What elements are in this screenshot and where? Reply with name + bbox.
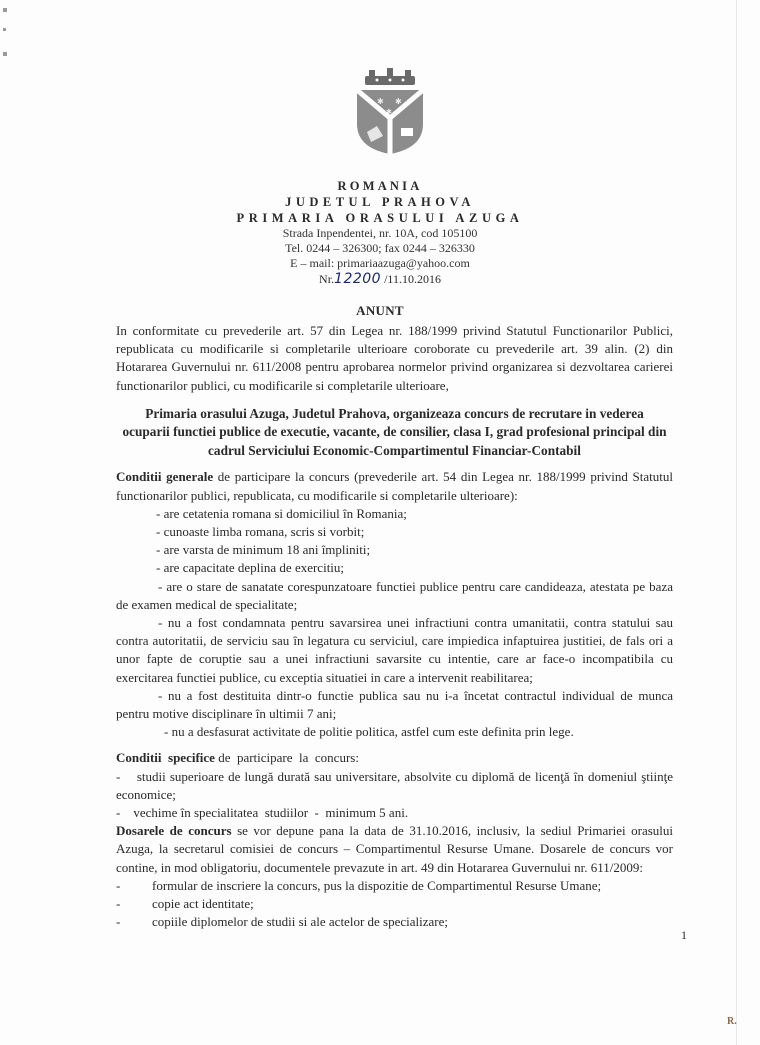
general-conditions-heading: Conditii generale [116,469,213,484]
scan-mark [3,28,6,31]
letterhead-institution: PRIMARIA ORASULUI AZUGA [0,210,760,226]
general-condition-item: - nu a fost destituita dintr-o functie p… [116,687,673,723]
dossier-item: - formular de inscriere la concurs, pus … [116,877,673,895]
dossier-item-text: copiile diplomelor de studii si ale acte… [152,913,448,931]
dossier-item-text: formular de inscriere la concurs, pus la… [152,877,601,895]
general-conditions-lead: Conditii generale de participare la conc… [116,468,673,504]
svg-text:✱: ✱ [386,108,392,116]
letterhead: ROMANIA JUDETUL PRAHOVA PRIMARIA ORASULU… [0,178,760,287]
letterhead-phone-fax: Tel. 0244 – 326300; fax 0244 – 326330 [0,241,760,256]
general-condition-item: - nu a desfasurat activitate de politie … [116,723,673,741]
scan-mark [3,52,7,56]
letterhead-country: ROMANIA [0,178,760,194]
dash: - [116,877,152,895]
dossier-item-text: copie act identitate; [152,895,254,913]
dossier-item: - copiile diplomelor de studii si ale ac… [116,913,673,931]
registration-prefix: Nr. [319,272,334,286]
document-title: ANUNT [0,303,760,319]
handwritten-reg-number: 12200 [334,271,381,287]
svg-text:✱: ✱ [395,97,402,106]
dash: - [116,913,152,931]
svg-text:✱: ✱ [377,97,384,106]
specific-condition-item: - vechime în specialitatea studiilor - m… [116,804,673,822]
specific-conditions-text: de participare la concurs: [215,750,359,765]
document-body: In conformitate cu prevederile art. 57 d… [116,322,673,931]
intro-paragraph: In conformitate cu prevederile art. 57 d… [116,322,673,395]
specific-conditions-heading: Conditii specifice [116,750,215,765]
coat-of-arms-icon: ✱✱✱ [349,66,431,156]
dossier-heading: Dosarele de concurs [116,823,232,838]
general-condition-item: - nu a fost condamnata pentru savarsirea… [116,614,673,687]
letterhead-email: E – mail: primariaazuga@yahoo.com [0,256,760,271]
specific-conditions-lead: Conditii specifice de participare la con… [116,749,673,767]
announcement-paragraph: Primaria orasului Azuga, Judetul Prahova… [116,405,673,461]
scan-mark [3,8,7,12]
specific-condition-item: - studii superioare de lungă durată sau … [116,768,673,804]
page-number: 1 [681,928,687,943]
dossier-item: - copie act identitate; [116,895,673,913]
general-condition-item: - are capacitate deplina de exercitiu; [116,559,673,577]
handwritten-initials: R. [727,1016,737,1027]
scan-edge [736,0,737,1045]
general-condition-item: - are cetatenia romana si domiciliul în … [116,505,673,523]
dash: - [116,895,152,913]
general-condition-item: - are varsta de minimum 18 ani împliniti… [116,541,673,559]
letterhead-address: Strada Inpendentei, nr. 10A, cod 105100 [0,226,760,241]
general-condition-item: - are o stare de sanatate corespunzatoar… [116,578,673,614]
general-condition-item: - cunoaste limba romana, scris si vorbit… [116,523,673,541]
registration-date: /11.10.2016 [381,272,441,286]
registration-number: Nr.12200 /11.10.2016 [0,271,760,287]
document-page: ✱✱✱ ROMANIA JUDETUL PRAHOVA PRIMARIA ORA… [0,0,760,1045]
spacer [116,741,673,749]
dossier-paragraph: Dosarele de concurs se vor depune pana l… [116,822,673,877]
letterhead-county: JUDETUL PRAHOVA [0,194,760,210]
